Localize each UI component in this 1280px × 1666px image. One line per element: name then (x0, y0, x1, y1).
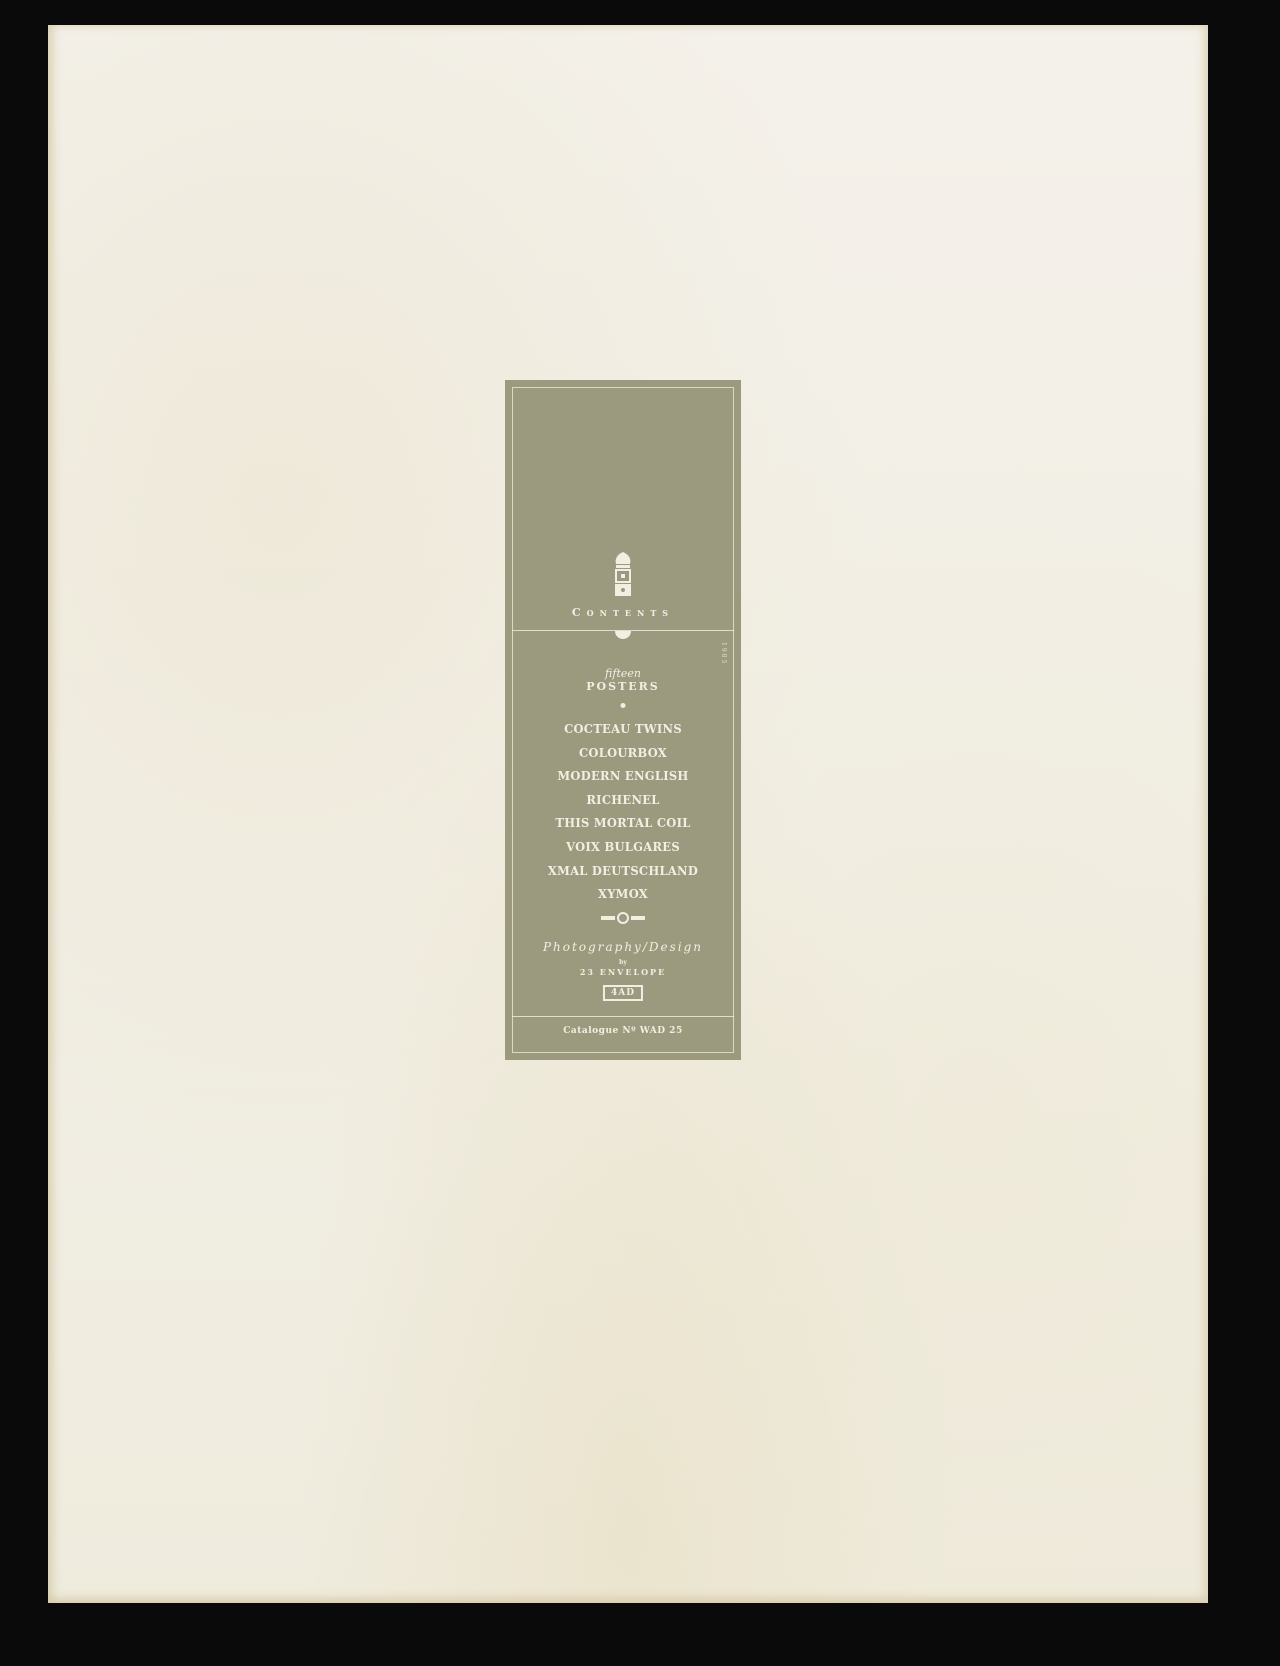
contents-heading: Contents (505, 606, 741, 619)
credit-by: by (505, 959, 741, 966)
artist-list: COCTEAU TWINS COLOURBOX MODERN ENGLISH R… (505, 717, 741, 906)
dot-icon (621, 703, 626, 708)
list-item: XYMOX (514, 882, 731, 906)
count-word: fifteen (505, 667, 741, 680)
list-item: THIS MORTAL COIL (514, 811, 731, 835)
list-item: COCTEAU TWINS (514, 717, 731, 741)
crest-icon (612, 550, 634, 600)
contents-label: Contents 1985 fifteen POSTERS COCTEAU TW… (505, 380, 741, 1060)
item-type: POSTERS (505, 680, 741, 693)
label-logo-badge: 4AD (603, 985, 643, 1001)
list-item: RICHENEL (514, 788, 731, 812)
year-text: 1985 (720, 642, 727, 665)
divider (512, 1016, 734, 1017)
list-item: VOIX BULGARES (514, 835, 731, 859)
catalogue-number: Catalogue Nº WAD 25 (505, 1026, 741, 1036)
ring-ornament-icon (601, 912, 645, 924)
list-item: COLOURBOX (514, 741, 731, 765)
list-item: MODERN ENGLISH (514, 764, 731, 788)
credit-line: Photography/Design (505, 940, 741, 954)
credit-name: 23 ENVELOPE (505, 967, 741, 977)
list-item: XMAL DEUTSCHLAND (514, 859, 731, 883)
